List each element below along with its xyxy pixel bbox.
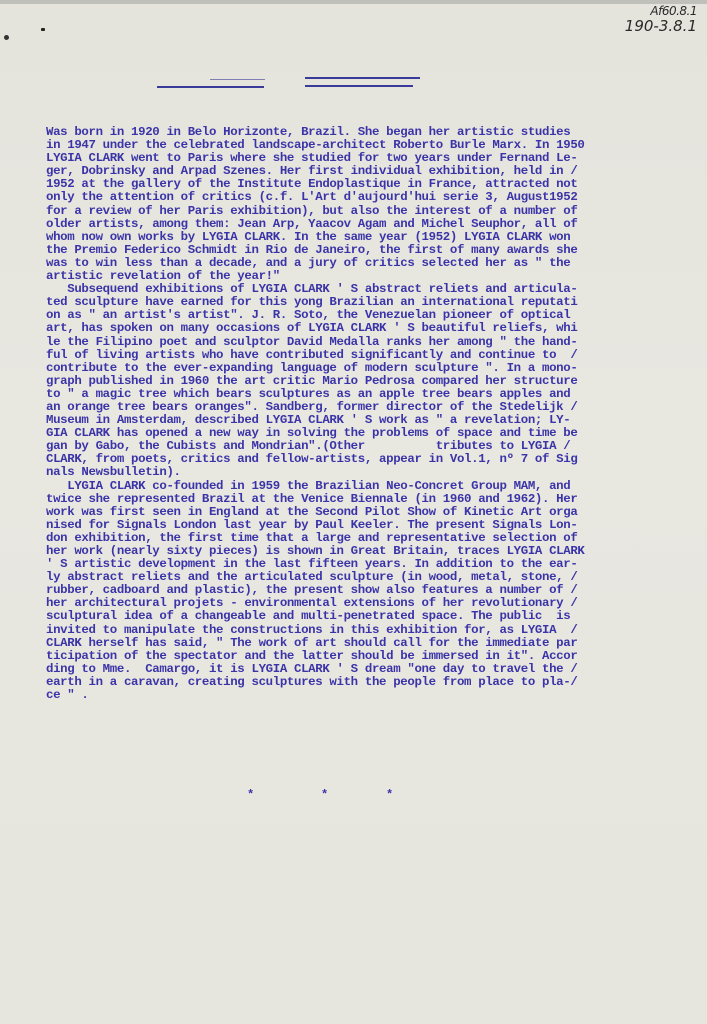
text-line: CLARK herself has said, " The work of ar… bbox=[46, 637, 686, 650]
header-rule bbox=[305, 77, 420, 79]
typewritten-body: Was born in 1920 in Belo Horizonte, Braz… bbox=[46, 126, 686, 702]
text-line: whom now own works by LYGIA CLARK. In th… bbox=[46, 231, 686, 244]
text-line: only the attention of critics (c.f. L'Ar… bbox=[46, 191, 686, 204]
text-line: nals Newsbulletin). bbox=[46, 466, 686, 479]
text-line: art, has spoken on many occasions of LYG… bbox=[46, 322, 686, 335]
text-line: work was first seen in England at the Se… bbox=[46, 506, 686, 519]
text-line: LYGIA CLARK co-founded in 1959 the Brazi… bbox=[46, 480, 686, 493]
text-line: ce " . bbox=[46, 689, 686, 702]
text-line: ful of living artists who have contribut… bbox=[46, 349, 686, 362]
archive-reference-line-2: 190-3.8.1 bbox=[607, 19, 697, 34]
text-line: earth in a caravan, creating sculptures … bbox=[46, 676, 686, 689]
text-line: le the Filipino poet and sculptor David … bbox=[46, 336, 686, 349]
archive-reference: Af60.8.1 190-3.8.1 bbox=[607, 4, 697, 34]
punch-hole-mark bbox=[4, 35, 9, 40]
text-line: contribute to the ever-expanding languag… bbox=[46, 362, 686, 375]
header-rule bbox=[157, 86, 264, 88]
page-top-edge bbox=[0, 0, 707, 4]
text-line: ticipation of the spectator and the latt… bbox=[46, 650, 686, 663]
header-rule bbox=[305, 85, 413, 87]
asterisk-mark: * bbox=[321, 788, 328, 802]
text-line: ding to Mme. Camargo, it is LYGIA CLARK … bbox=[46, 663, 686, 676]
document-page: Af60.8.1 190-3.8.1 Was born in 1920 in B… bbox=[0, 0, 707, 1024]
text-line: twice she represented Brazil at the Veni… bbox=[46, 493, 686, 506]
header-rule bbox=[210, 79, 265, 80]
text-line: invited to manipulate the constructions … bbox=[46, 624, 686, 637]
text-line: for a review of her Paris exhibition), b… bbox=[46, 205, 686, 218]
text-line: to " a magic tree which bears sculptures… bbox=[46, 388, 686, 401]
asterisk-mark: * bbox=[386, 788, 393, 802]
text-line: nised for Signals London last year by Pa… bbox=[46, 519, 686, 532]
paper-speck bbox=[41, 28, 45, 31]
text-line: graph published in 1960 the art critic M… bbox=[46, 375, 686, 388]
text-line: older artists, among them: Jean Arp, Yaa… bbox=[46, 218, 686, 231]
text-line: the Premio Federico Schmidt in Rio de Ja… bbox=[46, 244, 686, 257]
asterisk-mark: * bbox=[247, 788, 254, 802]
text-line: sculptural idea of a changeable and mult… bbox=[46, 610, 686, 623]
